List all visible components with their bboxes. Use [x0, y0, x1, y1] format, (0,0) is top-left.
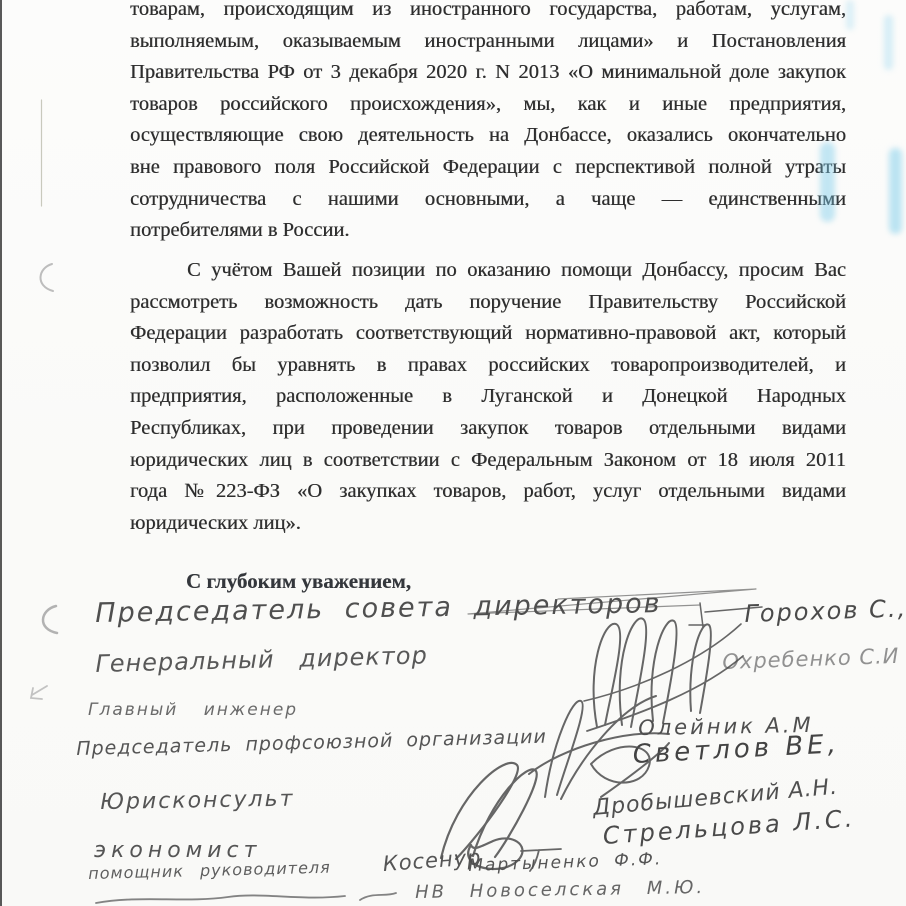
- typed-line: Республиках, при проведении закупок това…: [130, 413, 846, 445]
- typed-line: рассмотреть возможность дать поручение П…: [130, 287, 846, 319]
- typed-line: юридических лиц».: [130, 508, 846, 540]
- handwritten-name-gorokhov: Горохов С.,: [744, 594, 906, 628]
- scan-arrow-mark: [31, 686, 47, 699]
- typed-line: Правительства РФ от 3 декабря 2020 г. N …: [130, 57, 846, 89]
- handwritten-signature-text: Косенур: [382, 845, 482, 876]
- handwritten-name-martynenko: Мартыненко Ф.Ф.: [468, 849, 663, 876]
- typed-line: выполняемым, оказываемым иностранными ли…: [130, 26, 846, 58]
- scan-edge-line: [0, 0, 2, 906]
- typed-line: вне правового поля Российской Федерации …: [130, 152, 846, 184]
- closing-salutation: С глубоким уважением,: [186, 569, 411, 594]
- blue-scan-streak: [889, 148, 902, 234]
- typed-paragraph-2: С учётом Вашей позиции по оказанию помощ…: [130, 255, 846, 539]
- handwritten-title-general-director: Генеральный директор: [95, 641, 428, 678]
- typed-line: предприятия, расположенные в Луганской и…: [130, 381, 846, 413]
- handwritten-name-okhrebenko: Охребенко С.И: [722, 644, 900, 674]
- handwritten-name-novoselskaya: НВ Новоселская М.Ю.: [415, 877, 705, 903]
- handwritten-title-union-chairman: Председатель профсоюзной организации: [76, 726, 547, 760]
- scan-arc-mark: [40, 264, 53, 291]
- typed-line: года №223-ФЗ «О закупках товаров, работ,…: [130, 476, 846, 508]
- typed-line: Федерации разработать соответствующий но…: [130, 318, 846, 350]
- typed-line: осуществляющие свою деятельность на Донб…: [130, 120, 846, 152]
- typed-line: юридических лиц в соответствии с Федерал…: [130, 445, 846, 477]
- handwritten-title-chief-engineer: Главный инженер: [88, 700, 298, 720]
- typed-line: товаров российского происхождения», мы, …: [130, 89, 846, 121]
- handwritten-title-chairman-of-board: Председатель совета директоров: [95, 588, 662, 629]
- scan-marks: [31, 100, 57, 699]
- typed-line: сотрудничества с нашими основными, а чащ…: [130, 184, 846, 216]
- typed-line: потребителями в России.: [130, 215, 846, 247]
- blue-scan-streak: [820, 142, 835, 222]
- blue-scan-streak: [884, 15, 893, 70]
- blue-scan-streak: [846, 0, 854, 30]
- typed-line: товарам, происходящим из иностранного го…: [130, 0, 846, 26]
- typed-line: С учётом Вашей позиции по оказанию помощ…: [130, 255, 846, 287]
- scanned-letter-page: товарам, происходящим из иностранного го…: [0, 0, 906, 906]
- scan-arc-mark: [43, 606, 57, 633]
- handwritten-title-legal-counsel: Юрисконсульт: [100, 787, 295, 815]
- clipped-handwriting-fragment: [96, 893, 396, 903]
- typed-line: позволил бы уравнять в правах российских…: [130, 350, 846, 382]
- typed-paragraph-1: товарам, происходящим из иностранного го…: [130, 0, 846, 247]
